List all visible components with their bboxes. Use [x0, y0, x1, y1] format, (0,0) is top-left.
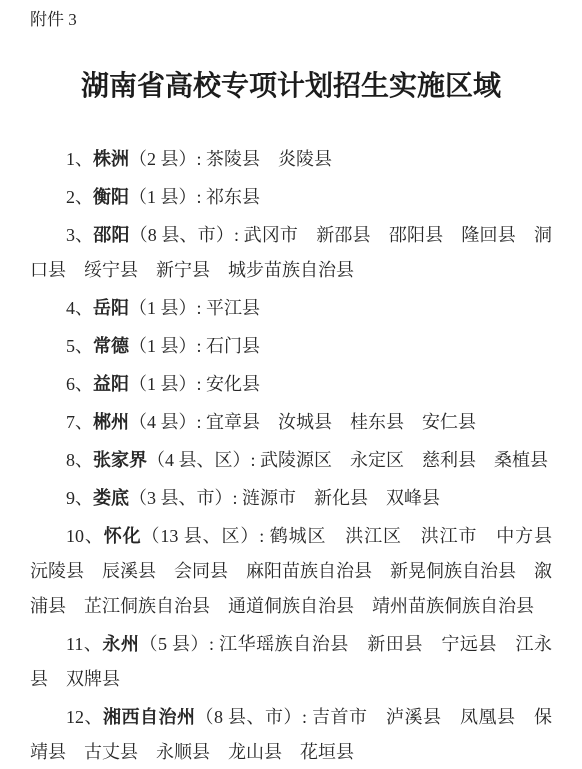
- item-counties: 平江县: [206, 298, 260, 318]
- item-counties: 石门县: [206, 336, 260, 356]
- item-count: （3 县、市）:: [129, 488, 242, 508]
- list-item-changde: 5、常德（1 县）: 石门县: [30, 329, 552, 364]
- item-city: 郴州: [93, 412, 129, 432]
- list-item-hengyang: 2、衡阳（1 县）: 祁东县: [30, 180, 552, 215]
- list-item-yongzhou: 11、永州（5 县）: 江华瑶族自治县 新田县 宁远县 江永县 双牌县: [30, 627, 552, 697]
- item-count: （1 县）:: [129, 374, 206, 394]
- item-city: 岳阳: [93, 298, 129, 318]
- list-item-shaoyang: 3、邵阳（8 县、市）: 武冈市 新邵县 邵阳县 隆回县 洞口县 绥宁县 新宁县…: [30, 218, 552, 288]
- item-counties: 茶陵县 炎陵县: [206, 149, 332, 169]
- item-number: 4、: [66, 298, 93, 318]
- item-count: （8 县、市）:: [130, 225, 244, 245]
- list-item-xiangxi: 12、湘西自治州（8 县、市）: 吉首市 泸溪县 凤凰县 保靖县 古丈县 永顺县…: [30, 700, 552, 769]
- list-item-zhangjiajie: 8、张家界（4 县、区）: 武陵源区 永定区 慈利县 桑植县: [30, 443, 552, 478]
- item-count: （13 县、区）:: [142, 526, 270, 546]
- item-city: 邵阳: [93, 225, 129, 245]
- list-item-loudi: 9、娄底（3 县、市）: 涟源市 新化县 双峰县: [30, 481, 552, 516]
- list-item-huaihua: 10、怀化（13 县、区）: 鹤城区 洪江区 洪江市 中方县 沅陵县 辰溪县 会…: [30, 519, 552, 624]
- item-number: 12、: [66, 707, 103, 727]
- item-number: 3、: [66, 225, 93, 245]
- item-counties: 祁东县: [206, 187, 260, 207]
- item-counties: 涟源市 新化县 双峰县: [242, 488, 440, 508]
- item-counties: 武陵源区 永定区 慈利县 桑植县: [260, 450, 548, 470]
- region-list: 1、株洲（2 县）: 茶陵县 炎陵县 2、衡阳（1 县）: 祁东县 3、邵阳（8…: [30, 142, 552, 769]
- item-count: （4 县）:: [129, 412, 206, 432]
- item-city: 常德: [93, 336, 129, 356]
- item-city: 益阳: [93, 374, 129, 394]
- item-counties: 安化县: [206, 374, 260, 394]
- item-city: 张家界: [93, 450, 147, 470]
- item-count: （5 县）:: [139, 634, 219, 654]
- item-city: 衡阳: [93, 187, 129, 207]
- item-count: （1 县）:: [129, 298, 206, 318]
- item-city: 株洲: [93, 149, 129, 169]
- page-title: 湖南省高校专项计划招生实施区域: [30, 70, 552, 104]
- item-number: 8、: [66, 450, 93, 470]
- item-number: 6、: [66, 374, 93, 394]
- item-count: （1 县）:: [129, 336, 206, 356]
- list-item-yiyang: 6、益阳（1 县）: 安化县: [30, 367, 552, 402]
- item-number: 9、: [66, 488, 93, 508]
- item-city: 永州: [102, 634, 139, 654]
- list-item-yueyang: 4、岳阳（1 县）: 平江县: [30, 291, 552, 326]
- item-number: 1、: [66, 149, 93, 169]
- item-number: 5、: [66, 336, 93, 356]
- item-count: （8 县、市）:: [196, 707, 313, 727]
- item-number: 10、: [66, 526, 104, 546]
- item-number: 2、: [66, 187, 93, 207]
- list-item-chenzhou: 7、郴州（4 县）: 宜章县 汝城县 桂东县 安仁县: [30, 405, 552, 440]
- item-count: （1 县）:: [129, 187, 206, 207]
- item-city: 娄底: [93, 488, 129, 508]
- item-city: 湘西自治州: [103, 707, 196, 727]
- item-count: （2 县）:: [129, 149, 206, 169]
- document-page: 附件 3 湖南省高校专项计划招生实施区域 1、株洲（2 县）: 茶陵县 炎陵县 …: [0, 0, 582, 769]
- item-count: （4 县、区）:: [147, 450, 260, 470]
- item-number: 11、: [66, 634, 102, 654]
- attachment-label: 附件 3: [30, 8, 552, 32]
- item-counties: 宜章县 汝城县 桂东县 安仁县: [206, 412, 476, 432]
- item-city: 怀化: [104, 526, 142, 546]
- item-number: 7、: [66, 412, 93, 432]
- list-item-zhuzhou: 1、株洲（2 县）: 茶陵县 炎陵县: [30, 142, 552, 177]
